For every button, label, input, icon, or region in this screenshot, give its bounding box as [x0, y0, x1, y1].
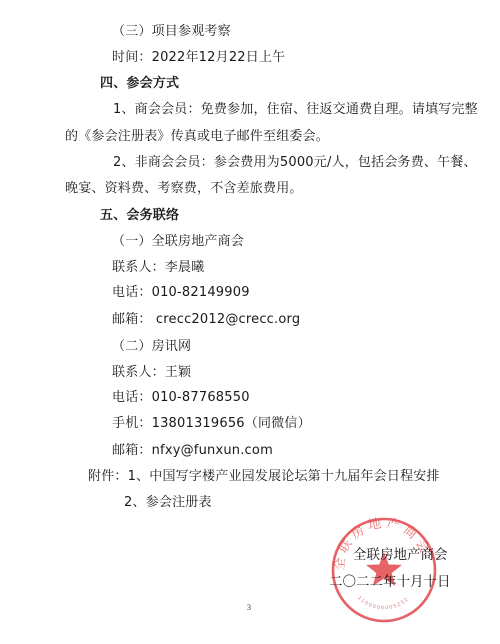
- section-4-item2-line1: 2、非商会会员：参会费用为5000元/人，包括会务费、午餐、: [113, 155, 477, 171]
- attachment-1: 附件：1、中国写字楼产业园发展论坛第十九届年会日程安排: [88, 469, 440, 485]
- section-3-time: 时间：2022年12月22日上午: [112, 50, 285, 66]
- contact-2-email: 邮箱：nfxy@funxun.com: [112, 443, 273, 459]
- attachment-2: 2、参会注册表: [124, 495, 212, 511]
- contact-1-person: 联系人：李晨曦: [112, 260, 204, 276]
- section-4-item1-line2: 的《参会注册表》传真或电子邮件至组委会。: [65, 129, 329, 145]
- contact-2-org: （二）房讯网: [112, 339, 191, 355]
- contact-2-person: 联系人：王颖: [112, 365, 191, 381]
- section-5-heading: 五、会务联络: [100, 208, 179, 224]
- contact-1-email: 邮箱： crecc2012@crecc.org: [112, 312, 300, 328]
- signature-date: 二〇二二年十月十日: [329, 574, 451, 590]
- section-4-heading: 四、参会方式: [100, 76, 179, 92]
- section-3-item: （三）项目参观考察: [112, 24, 231, 40]
- svg-text:1100000005252: 1100000005252: [356, 595, 410, 611]
- contact-2-mobile: 手机：13801319656（同微信）: [112, 416, 311, 432]
- contact-2-phone: 电话：010-87768550: [112, 390, 250, 406]
- section-4-item2-line2: 晚宴、资料费、考察费，不含差旅费用。: [65, 181, 303, 197]
- page-number: 3: [247, 603, 251, 612]
- section-4-item1-line1: 1、商会会员：免费参加，住宿、往返交通费自理。请填写完整: [113, 102, 478, 118]
- contact-1-org: （一）全联房地产商会: [112, 234, 244, 250]
- contact-1-phone: 电话：010-82149909: [112, 285, 250, 301]
- signature-org: 全联房地产商会: [353, 547, 448, 563]
- official-seal-icon: 全联房地产商会 1100000005252: [330, 516, 438, 624]
